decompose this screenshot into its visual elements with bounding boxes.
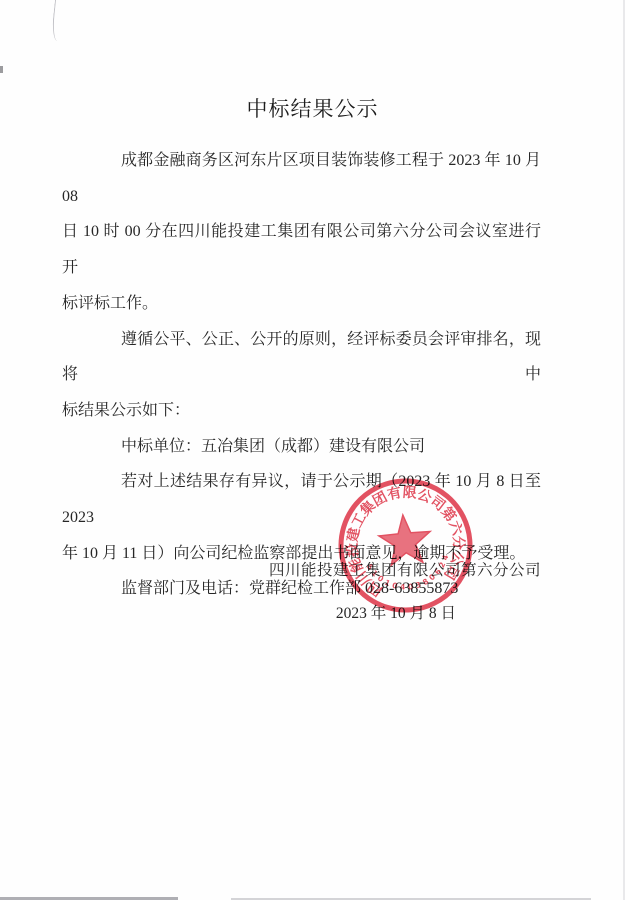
document-page: 中标结果公示 成都金融商务区河东片区项目装饰装修工程于 2023 年 10 月 … [0,0,625,900]
body-line: 成都金融商务区河东片区项目装饰装修工程于 2023 年 10 月 08 [62,143,541,214]
body-line: 中标单位：五冶集团（成都）建设有限公司 [62,429,541,465]
body-line: 标评标工作。 [62,286,541,322]
scan-artifact-left-edge [0,66,3,73]
document-title: 中标结果公示 [0,93,625,123]
official-seal-stamp: 四川能投建工集团有限公司第六分公司 5101040380624 [332,472,478,618]
paragraph: 遵循公平、公正、公开的原则，经评标委员会评审排名，现将中标结果公示如下： [62,322,541,429]
body-line: 遵循公平、公正、公开的原则，经评标委员会评审排名，现将中 [62,322,541,393]
paragraph: 成都金融商务区河东片区项目装饰装修工程于 2023 年 10 月 08日 10 … [62,143,541,322]
body-line: 标结果公示如下： [62,393,541,429]
paragraph: 中标单位：五冶集团（成都）建设有限公司 [62,429,541,465]
scan-artifact-curve [51,0,67,41]
body-line: 日 10 时 00 分在四川能投建工集团有限公司第六分公司会议室进行开 [62,214,541,285]
seal-star-icon [377,513,432,566]
